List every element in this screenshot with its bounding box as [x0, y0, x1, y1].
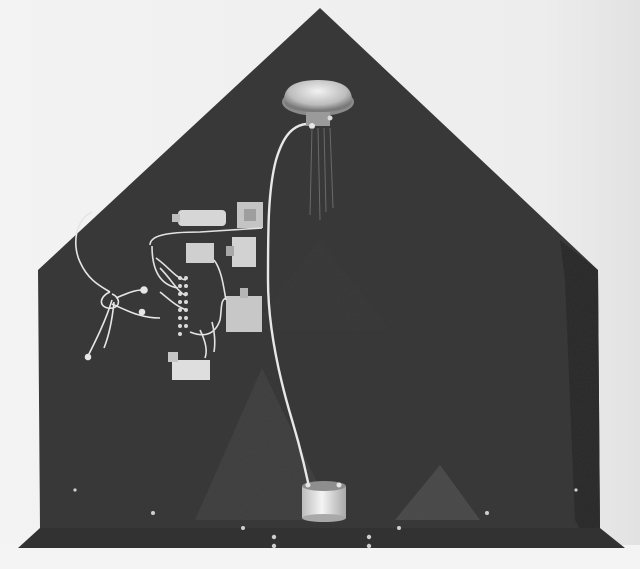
floor: [0, 545, 640, 569]
cylinder: [302, 481, 346, 522]
photo-scene: [0, 0, 640, 569]
photograph: [0, 0, 640, 569]
